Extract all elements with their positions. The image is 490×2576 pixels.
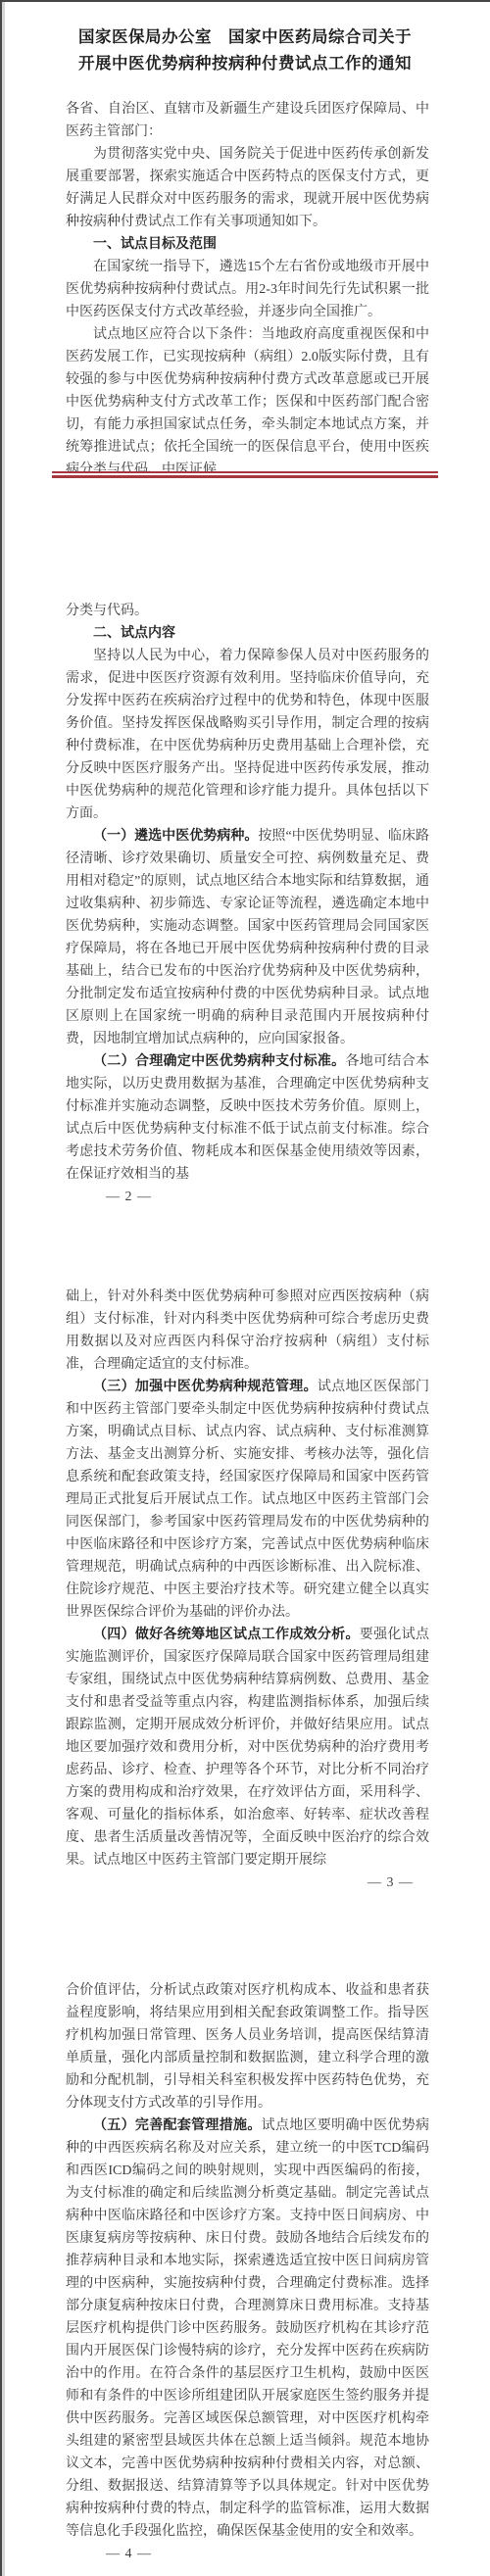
section-heading-2: 二、试点内容 [66,622,429,645]
intro-paragraph: 为贯彻落实党中央、国务院关于促进中医药传承创新发展重要部署，探索实施适合中医药特… [66,143,429,233]
item-3-paragraph: （三）加强中医优势病种规范管理。试点地区医保部门和中医药主管部门要牵头制定中医优… [66,1376,429,1624]
item-2-text: 各地可结合本地实际，以历史费用数据为基准，合理确定中医优势病种支付标准并实施动态… [66,1054,429,1182]
item-1-paragraph: （一）遴选中医优势病种。按照“中医优势明显、临床路径清晰、诊疗效果确切、质量安全… [66,825,429,1050]
red-divider-thick-line [52,475,438,478]
item-5-text: 试点地区要明确中医优势病种的中西医疾病名称及对应关系，建立统一的中医TCD编码和… [66,2118,429,2539]
item-2-paragraph: （二）合理确定中医优势病种支付标准。各地可结合本地实际，以历史费用数据为基准，合… [66,1050,429,1186]
item-1-text: 按照“中医优势明显、临床路径清晰、诊疗效果确切、质量安全可控、病例数量充足、费用… [66,829,429,1046]
page-2-body: 分类与代码。 二、试点内容 坚持以人民为中心，着力保障参保人员对中医药服务的需求… [66,600,429,1208]
item-5-lead: （五）完善配套管理措施。 [93,2118,262,2133]
item-3-lead: （三）加强中医优势病种规范管理。 [93,1380,318,1394]
document-viewer: 国家医保局办公室 国家中医药局综合司关于 开展中医优势病种按病种付费试点工作的通… [0,0,490,2576]
window-top-edge [0,0,490,2]
window-left-edge-highlight [2,2,5,2576]
page3-continuation-line: 础上，针对外科类中医优势病种可参照对应西医按病种（病组）支付标准，针对内科类中医… [66,1286,429,1376]
page-number-4: — 4 — [66,2543,429,2565]
section-heading-1: 一、试点目标及范围 [66,233,429,256]
page-1-body: 各省、自治区、直辖市及新疆生产建设兵团医疗保障局、中医药主管部门： 为贯彻落实党… [66,98,429,481]
item-5-paragraph: （五）完善配套管理措施。试点地区要明确中医优势病种的中西医疾病名称及对应关系，建… [66,2114,429,2543]
principles-paragraph: 坚持以人民为中心，着力保障参保人员对中医药服务的需求，促进中医医疗资源有效利用。… [66,645,429,825]
page-4-body: 合价值评估，分析试点政策对医疗机构成本、收益和患者获益程度影响，将结果应用到相关… [66,1979,429,2565]
document-title-line-2: 开展中医优势病种按病种付费试点工作的通知 [39,50,451,76]
item-4-text: 要强化试点实施监测评价，国家医疗保障局联合国家中医药管理局组建专家组，围绕试点中… [66,1628,429,1868]
page4-continuation-line: 合价值评估，分析试点政策对医疗机构成本、收益和患者获益程度影响，将结果应用到相关… [66,1979,429,2114]
scope-paragraph-1: 在国家统一指导下，遴选15个左右省份或地级市开展中医优势病种按病种付费试点。用2… [66,256,429,323]
document-title-line-1: 国家医保局办公室 国家中医药局综合司关于 [39,24,451,50]
red-divider-line [52,471,438,478]
item-4-paragraph: （四）做好各统筹地区试点工作成效分析。要强化试点实施监测评价，国家医疗保障局联合… [66,1624,429,1871]
page-number-2: — 2 — [66,1186,429,1208]
item-2-lead: （二）合理确定中医优势病种支付标准。 [93,1054,345,1069]
item-4-lead: （四）做好各统筹地区试点工作成效分析。 [93,1628,360,1642]
scope-paragraph-2: 试点地区应符合以下条件：当地政府高度重视医保和中医药发展工作，已实现按病种（病组… [66,323,429,481]
page-3-body: 础上，针对外科类中医优势病种可参照对应西医按病种（病组）支付标准，针对内科类中医… [66,1286,429,1894]
document-title: 国家医保局办公室 国家中医药局综合司关于 开展中医优势病种按病种付费试点工作的通… [39,24,451,76]
salutation: 各省、自治区、直辖市及新疆生产建设兵团医疗保障局、中医药主管部门： [66,98,429,143]
page-number-3: — 3 — [66,1871,429,1894]
item-1-lead: （一）遴选中医优势病种。 [93,829,258,844]
item-3-text: 试点地区医保部门和中医药主管部门要牵头制定中医优势病种按病种付费试点方案，明确试… [66,1380,429,1620]
page2-continuation-line: 分类与代码。 [66,600,429,622]
